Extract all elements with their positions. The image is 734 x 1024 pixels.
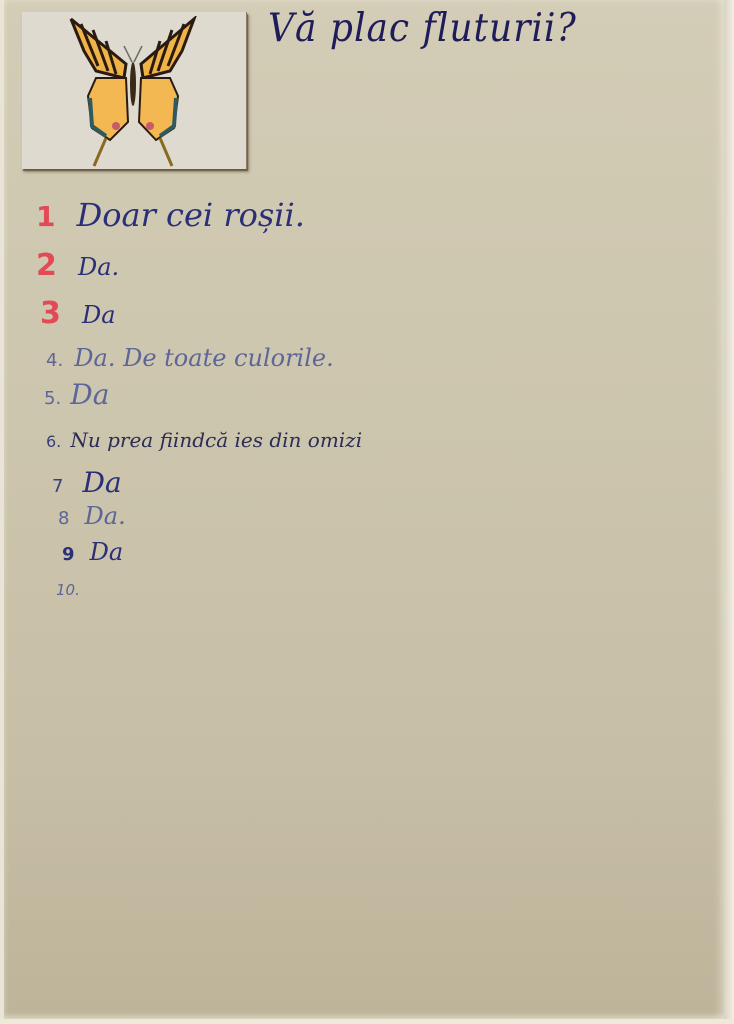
- answer-text: Da.: [78, 253, 119, 281]
- answer-number: 9: [62, 544, 75, 565]
- answer-row-2: 2 Da.: [36, 248, 119, 283]
- answer-number: 5.: [44, 388, 61, 409]
- answer-number: 6.: [46, 432, 61, 451]
- answer-text: Da: [82, 301, 116, 329]
- answer-number: 2: [36, 248, 57, 283]
- answer-text: Da: [70, 378, 109, 411]
- answer-row-10: 10.: [56, 580, 80, 599]
- butterfly-icon: [66, 16, 201, 171]
- answer-row-5: 5. Da: [44, 378, 109, 411]
- answer-text: Da.: [85, 502, 126, 530]
- answer-text: Nu prea fiindcă ies din omizi: [70, 428, 362, 452]
- answer-text: Da: [83, 466, 122, 499]
- answer-number: 3: [40, 296, 61, 331]
- answer-row-1: 1 Doar cei roșii.: [36, 196, 305, 234]
- answer-number: 10.: [56, 581, 80, 599]
- page-title: Vă plac fluturii?: [268, 6, 577, 51]
- answer-text: Da. De toate culorile.: [74, 344, 333, 372]
- butterfly-picture-card: [22, 12, 247, 169]
- answer-text: Da: [90, 538, 124, 566]
- answer-number: 4.: [46, 350, 63, 371]
- answer-number: 1: [36, 200, 55, 233]
- answer-row-3: 3 Da: [40, 296, 116, 331]
- answer-row-4: 4. Da. De toate culorile.: [46, 344, 334, 372]
- paper-edge: [724, 0, 734, 1024]
- answer-number: 8: [58, 508, 69, 529]
- answer-row-7: 7 Da: [52, 466, 122, 499]
- answer-number: 7: [52, 476, 63, 497]
- answer-row-6: 6. Nu prea fiindcă ies din omizi: [46, 428, 362, 452]
- answer-text: Doar cei roșii.: [77, 196, 305, 234]
- paper-edge-bottom: [0, 1019, 734, 1024]
- answer-row-8: 8 Da.: [58, 502, 126, 530]
- answer-row-9: 9 Da: [62, 538, 123, 566]
